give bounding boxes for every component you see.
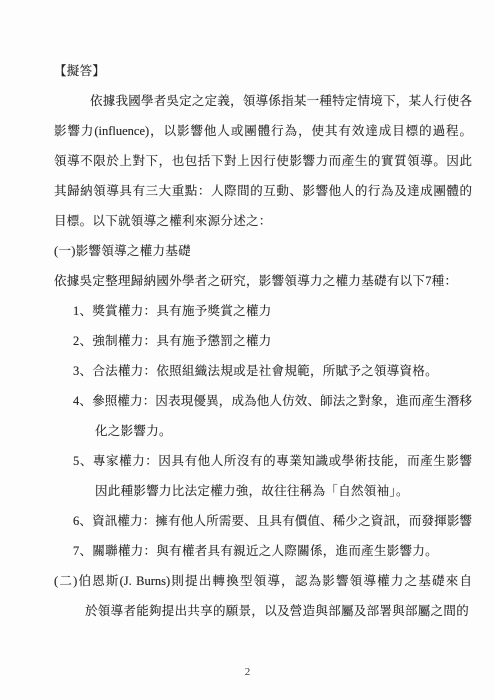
- section-2-line-2: 於領導者能夠提出共享的願景，以及營造與部屬及部署與部屬之間的: [85, 596, 472, 626]
- intro-paragraph-line-2: 影響力(influence)，以影響他人或團體行為，使其有效達成目標的過程。: [54, 116, 472, 146]
- intro-paragraph-line-4: 其歸納領導具有三大重點：人際間的互動、影響他人的行為及達成團體的: [54, 176, 472, 206]
- list-item-6: 6、資訊權力：擁有他人所需要、且具有價值、稀少之資訊，而發揮影響力。: [73, 506, 472, 536]
- list-item-5: 5、專家權力：因具有他人所沒有的專業知識或學術技能，而產生影響力。: [73, 446, 472, 476]
- answer-text-block: 【擬答】 依據我國學者吳定之定義，領導係指某一種特定情境下，某人行使各種 影響力…: [54, 56, 472, 626]
- page-number: 2: [0, 663, 495, 681]
- section-2-line-1: (二)伯恩斯(J. Burns)則提出轉換型領導，認為影響領導權力之基礎來自: [54, 566, 472, 596]
- list-item-3: 3、合法權力：依照組織法規或是社會規範，所賦予之領導資格。: [73, 356, 472, 386]
- list-item-4: 4、參照權力：因表現優異，成為他人仿效、師法之對象，進而產生潛移默: [73, 386, 472, 416]
- section-1-heading: (一)影響領導之權力基礎: [54, 236, 472, 266]
- list-item-4-continuation: 化之影響力。: [95, 416, 472, 446]
- intro-paragraph-line-1: 依據我國學者吳定之定義，領導係指某一種特定情境下，某人行使各種: [54, 86, 472, 116]
- list-item-5-continuation: 因此種影響力比法定權力強，故往往稱為「自然領袖」。: [95, 476, 472, 506]
- intro-paragraph-line-5: 目標。以下就領導之權利來源分述之：: [54, 206, 472, 236]
- document-page: 【擬答】 依據我國學者吳定之定義，領導係指某一種特定情境下，某人行使各種 影響力…: [0, 0, 495, 700]
- list-item-1: 1、獎賞權力：具有施予獎賞之權力: [73, 296, 472, 326]
- list-item-7: 7、關聯權力：與有權者具有親近之人際關係，進而產生影響力。: [73, 536, 472, 566]
- section-1-lead: 依據吳定整理歸納國外學者之研究，影響領導力之權力基礎有以下7種：: [54, 266, 472, 296]
- list-item-2: 2、強制權力：具有施予懲罰之權力: [73, 326, 472, 356]
- intro-paragraph-line-3: 領導不限於上對下，也包括下對上因行使影響力而產生的實質領導。因此: [54, 146, 472, 176]
- answer-heading: 【擬答】: [54, 56, 472, 86]
